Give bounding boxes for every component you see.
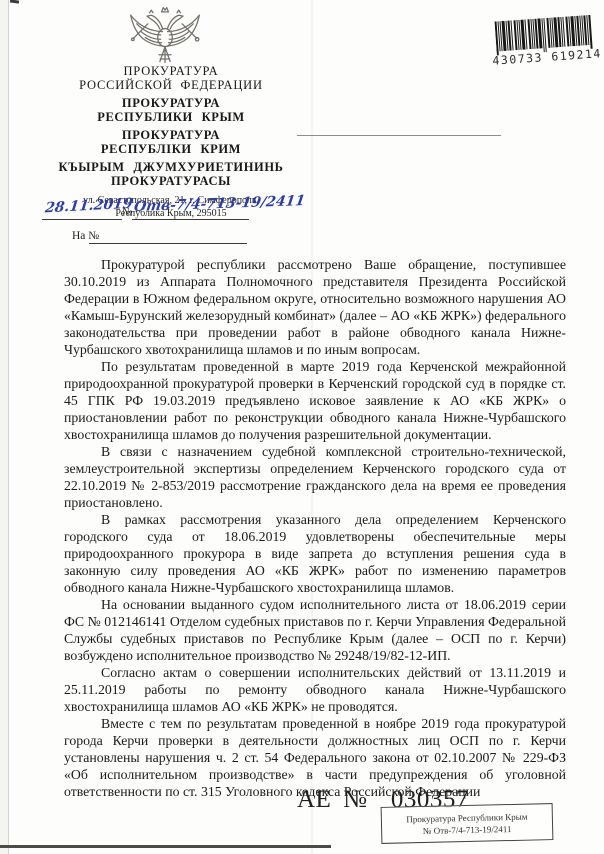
body-paragraph: В рамках рассмотрения указанного дела оп…: [64, 511, 566, 596]
letterhead-crimea-ukrainian: ПРОКУРАТУРА РЕСПУБЛІКИ КРИМ: [28, 129, 314, 156]
letterhead-federal-line1: ПРОКУРАТУРА: [28, 64, 314, 78]
barcode: 430733 619214: [490, 14, 603, 68]
letterhead-crimea-russian-line2: РЕСПУБЛИКИ КРЫМ: [28, 111, 314, 125]
body-paragraph: Прокуратурой республики рассмотрено Ваше…: [64, 256, 566, 358]
letterhead-crimea-tatar: КЪЫРЫМ ДЖУМХУРИЕТИНИНЬ ПРОКУРАТУРАСЫ: [28, 161, 314, 188]
letterhead-crimea-russian: ПРОКУРАТУРА РЕСПУБЛИКИ КРЫМ: [28, 97, 314, 124]
incoming-number-blank-line: [89, 243, 247, 244]
body-paragraph: В связи с назначением судебной комплексн…: [64, 443, 566, 511]
scan-edge-line: [8, 0, 9, 854]
scan-artifact-mark: [10, 0, 19, 4]
ref-number-underline: [132, 219, 249, 220]
letter-body: Прокуратурой республики рассмотрено Ваше…: [64, 256, 566, 800]
letterhead-crimea-russian-line1: ПРОКУРАТУРА: [28, 97, 314, 111]
addressee-blank-line: [297, 135, 501, 136]
letterhead-crimea-ukrainian-line1: ПРОКУРАТУРА: [28, 129, 314, 143]
letterhead-federal: ПРОКУРАТУРА РОССИЙСКОЙ ФЕДЕРАЦИИ: [28, 64, 314, 92]
letterhead-crimea-ukrainian-line2: РЕСПУБЛІКИ КРИМ: [28, 143, 314, 157]
scan-bottom-shadow: [0, 845, 331, 848]
stamp-number-line: № Отв-7/4-713-19/2411: [423, 822, 512, 836]
body-paragraph: По результатам проведенной в марте 2019 …: [64, 358, 566, 443]
scanned-letter-page: 430733 619214 ПРОКУРАТУРА РОССИЙСКОЙ ФЕД…: [0, 0, 604, 854]
incoming-number-label: На №: [72, 230, 99, 242]
letterhead-federal-line2: РОССИЙСКОЙ ФЕДЕРАЦИИ: [28, 78, 314, 92]
ref-number-sign: №: [122, 206, 133, 218]
body-paragraph: На основании выданного судом исполнитель…: [64, 596, 566, 664]
ref-date-underline: [42, 219, 122, 220]
scan-left-strip: [0, 0, 8, 854]
registration-stamp: Прокуратура Республики Крым № Отв-7/4-71…: [381, 803, 554, 844]
body-paragraph: Согласно актам о совершении исполнительс…: [64, 664, 566, 715]
letterhead-crimea-tatar-line2: ПРОКУРАТУРАСЫ: [28, 175, 314, 189]
letterhead-crimea-tatar-line1: КЪЫРЫМ ДЖУМХУРИЕТИНИНЬ: [28, 161, 314, 175]
double-headed-eagle-emblem-icon: [121, 5, 209, 65]
